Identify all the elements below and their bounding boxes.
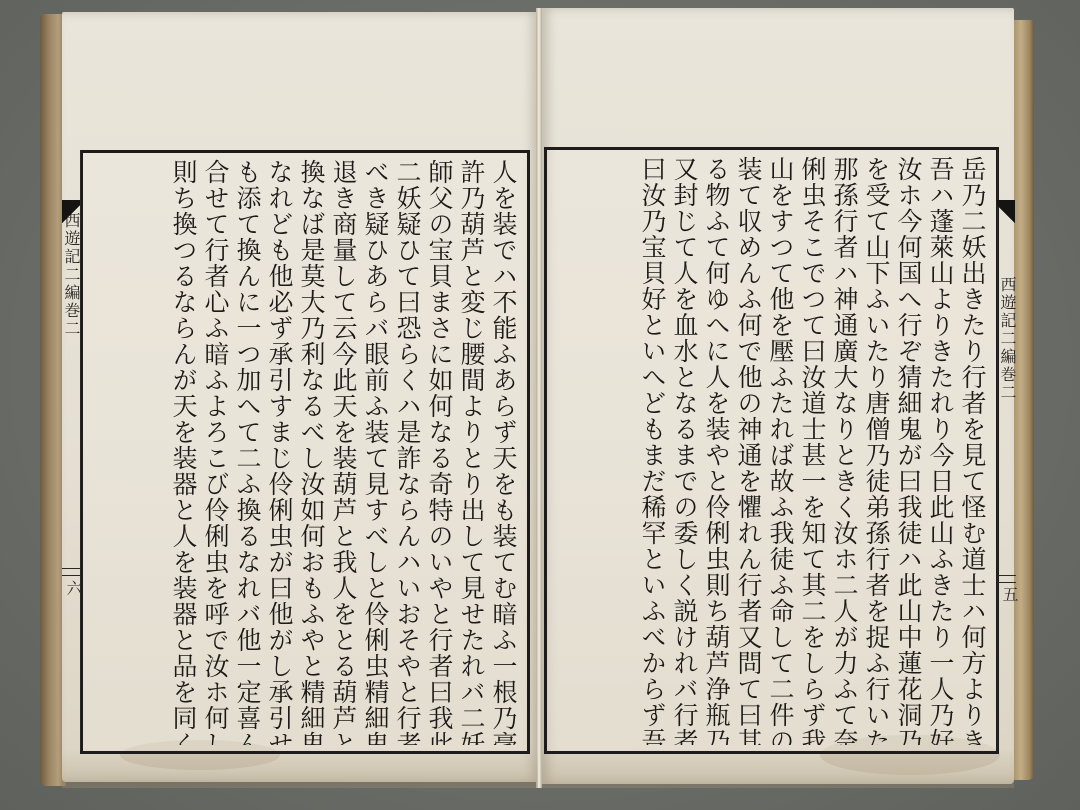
text-column: 許乃葫芦と変じ腰間よりとり出して見せたれバ二妖是を見て云けるハ <box>455 159 487 745</box>
text-column: も添て換んに一つ加へて二ふ換るなれバ他一定喜んで換べしと云ふに <box>231 159 263 745</box>
text-column: 二妖疑ひて曰恐らくハ是詐ならんハいおそやと行者笑て曰我何ぞ詐をいふ <box>391 159 423 745</box>
text-column: 俐虫そこでつて曰汝道士甚一を知て其二をしらず我等二乃大王二座乃大 <box>796 156 828 745</box>
left-page-margin: 西遊記二編巻二 六 <box>62 150 81 750</box>
text-column: る物ふて何ゆへに人を装やと伶俐虫則ち葫芦浄瓶乃人を装由来 <box>700 156 732 745</box>
text-column: 岳乃二妖出きたり行者を見て怪む道士ハ何方よりきたれると問行者答て <box>956 156 988 745</box>
text-column: 則ち換つるならんが天を装器と人を装器と品を同くして取換る理有 <box>167 159 199 745</box>
text-column: 合せて行者心ふ暗ふよろこび伶俐虫を呼で汝ホ何し葫芦を換んといふ <box>199 159 231 745</box>
text-column: 吾ハ蓬萊山よりきたれり今日此山ふきたり一人乃好人ふ仙術を傳へんとす <box>924 156 956 745</box>
text-column: 装て収めんふ何で他の神通を懼れん行者又問て曰其宝貝ハ如何ふ <box>732 156 764 745</box>
text-column: 師父の宝貝まさに如何なる奇特のいやと行者曰我此葫芦天を装の妙有 <box>423 159 455 745</box>
page-number: 五 <box>998 586 1021 602</box>
left-page-text-frame: 人を装でハ不能ふあらず天をも装てむ暗ふ一根乃毫毛を拔とり長さ一尺七寸 許乃葫芦と… <box>80 150 530 754</box>
text-column: を受て山下ふいたり唐僧乃徒弟孫行者を捉ふ行いたらんと行者がいて曰 <box>860 156 892 745</box>
text-column: 山をすつて他を壓ふたれば故ふ我徒ふ命して二件の宝貝をもつて他を <box>764 156 796 745</box>
text-column: 人を装でハ不能ふあらず天をも装てむ暗ふ一根乃毫毛を拔とり長さ一尺七寸 <box>487 159 519 745</box>
text-column: なれども他必ず承引すまじ伶俐虫が曰他がし承引せずんバ又此玉浄瓶を <box>263 159 295 745</box>
text-column: 汝ホ今何国へ行ぞ猜細鬼が曰我徒ハ此山中蓮花洞乃小仙今大王乃命 <box>892 156 924 745</box>
right-page-margin: 西遊記二編巻二 五 <box>997 150 1016 750</box>
text-column: べき疑ひあらバ眼前ふ装て見すべしと伶俐虫精細鬼が袖を引て側ふ <box>359 159 391 745</box>
left-page-text: 人を装でハ不能ふあらず天をも装てむ暗ふ一根乃毫毛を拔とり長さ一尺七寸 許乃葫芦と… <box>91 159 519 745</box>
book-gutter <box>536 8 542 788</box>
fold-mark-icon <box>997 200 1015 224</box>
running-title: 西遊記二編巻二 <box>998 276 1016 402</box>
text-column: 那孫行者ハ神通廣大なりときく汝ホ二人が力ふて奈何で捉らんや伶 <box>828 156 860 745</box>
right-page-text: 岳乃二妖出きたり行者を見て怪む道士ハ何方よりきたれると問行者答て 吾ハ蓬萊山より… <box>555 156 988 745</box>
page-number: 六 <box>62 580 85 596</box>
running-title: 西遊記二編巻二 <box>62 212 80 338</box>
text-column: 換なば是莫大乃利なるべし汝如何おもふやと精細鬼が曰是甚だ大利 <box>295 159 327 745</box>
margin-rule <box>62 568 80 576</box>
text-column: 又封じて人を血水となるまでの委しく説けれバ行者心ふ驚て笑て <box>668 156 700 745</box>
text-column: 退き商量して云今此天を装葫芦と我人をとる葫芦と他ふ換ば <box>327 159 359 745</box>
text-column: 曰汝乃宝貝好といへどもまだ稀罕といふべからず吾ふ一個乃宝貝あり <box>636 156 668 745</box>
right-page-text-frame: 岳乃二妖出きたり行者を見て怪む道士ハ何方よりきたれると問行者答て 吾ハ蓬萊山より… <box>544 147 999 754</box>
fold-mark-icon <box>62 200 80 224</box>
margin-rule <box>998 575 1016 583</box>
